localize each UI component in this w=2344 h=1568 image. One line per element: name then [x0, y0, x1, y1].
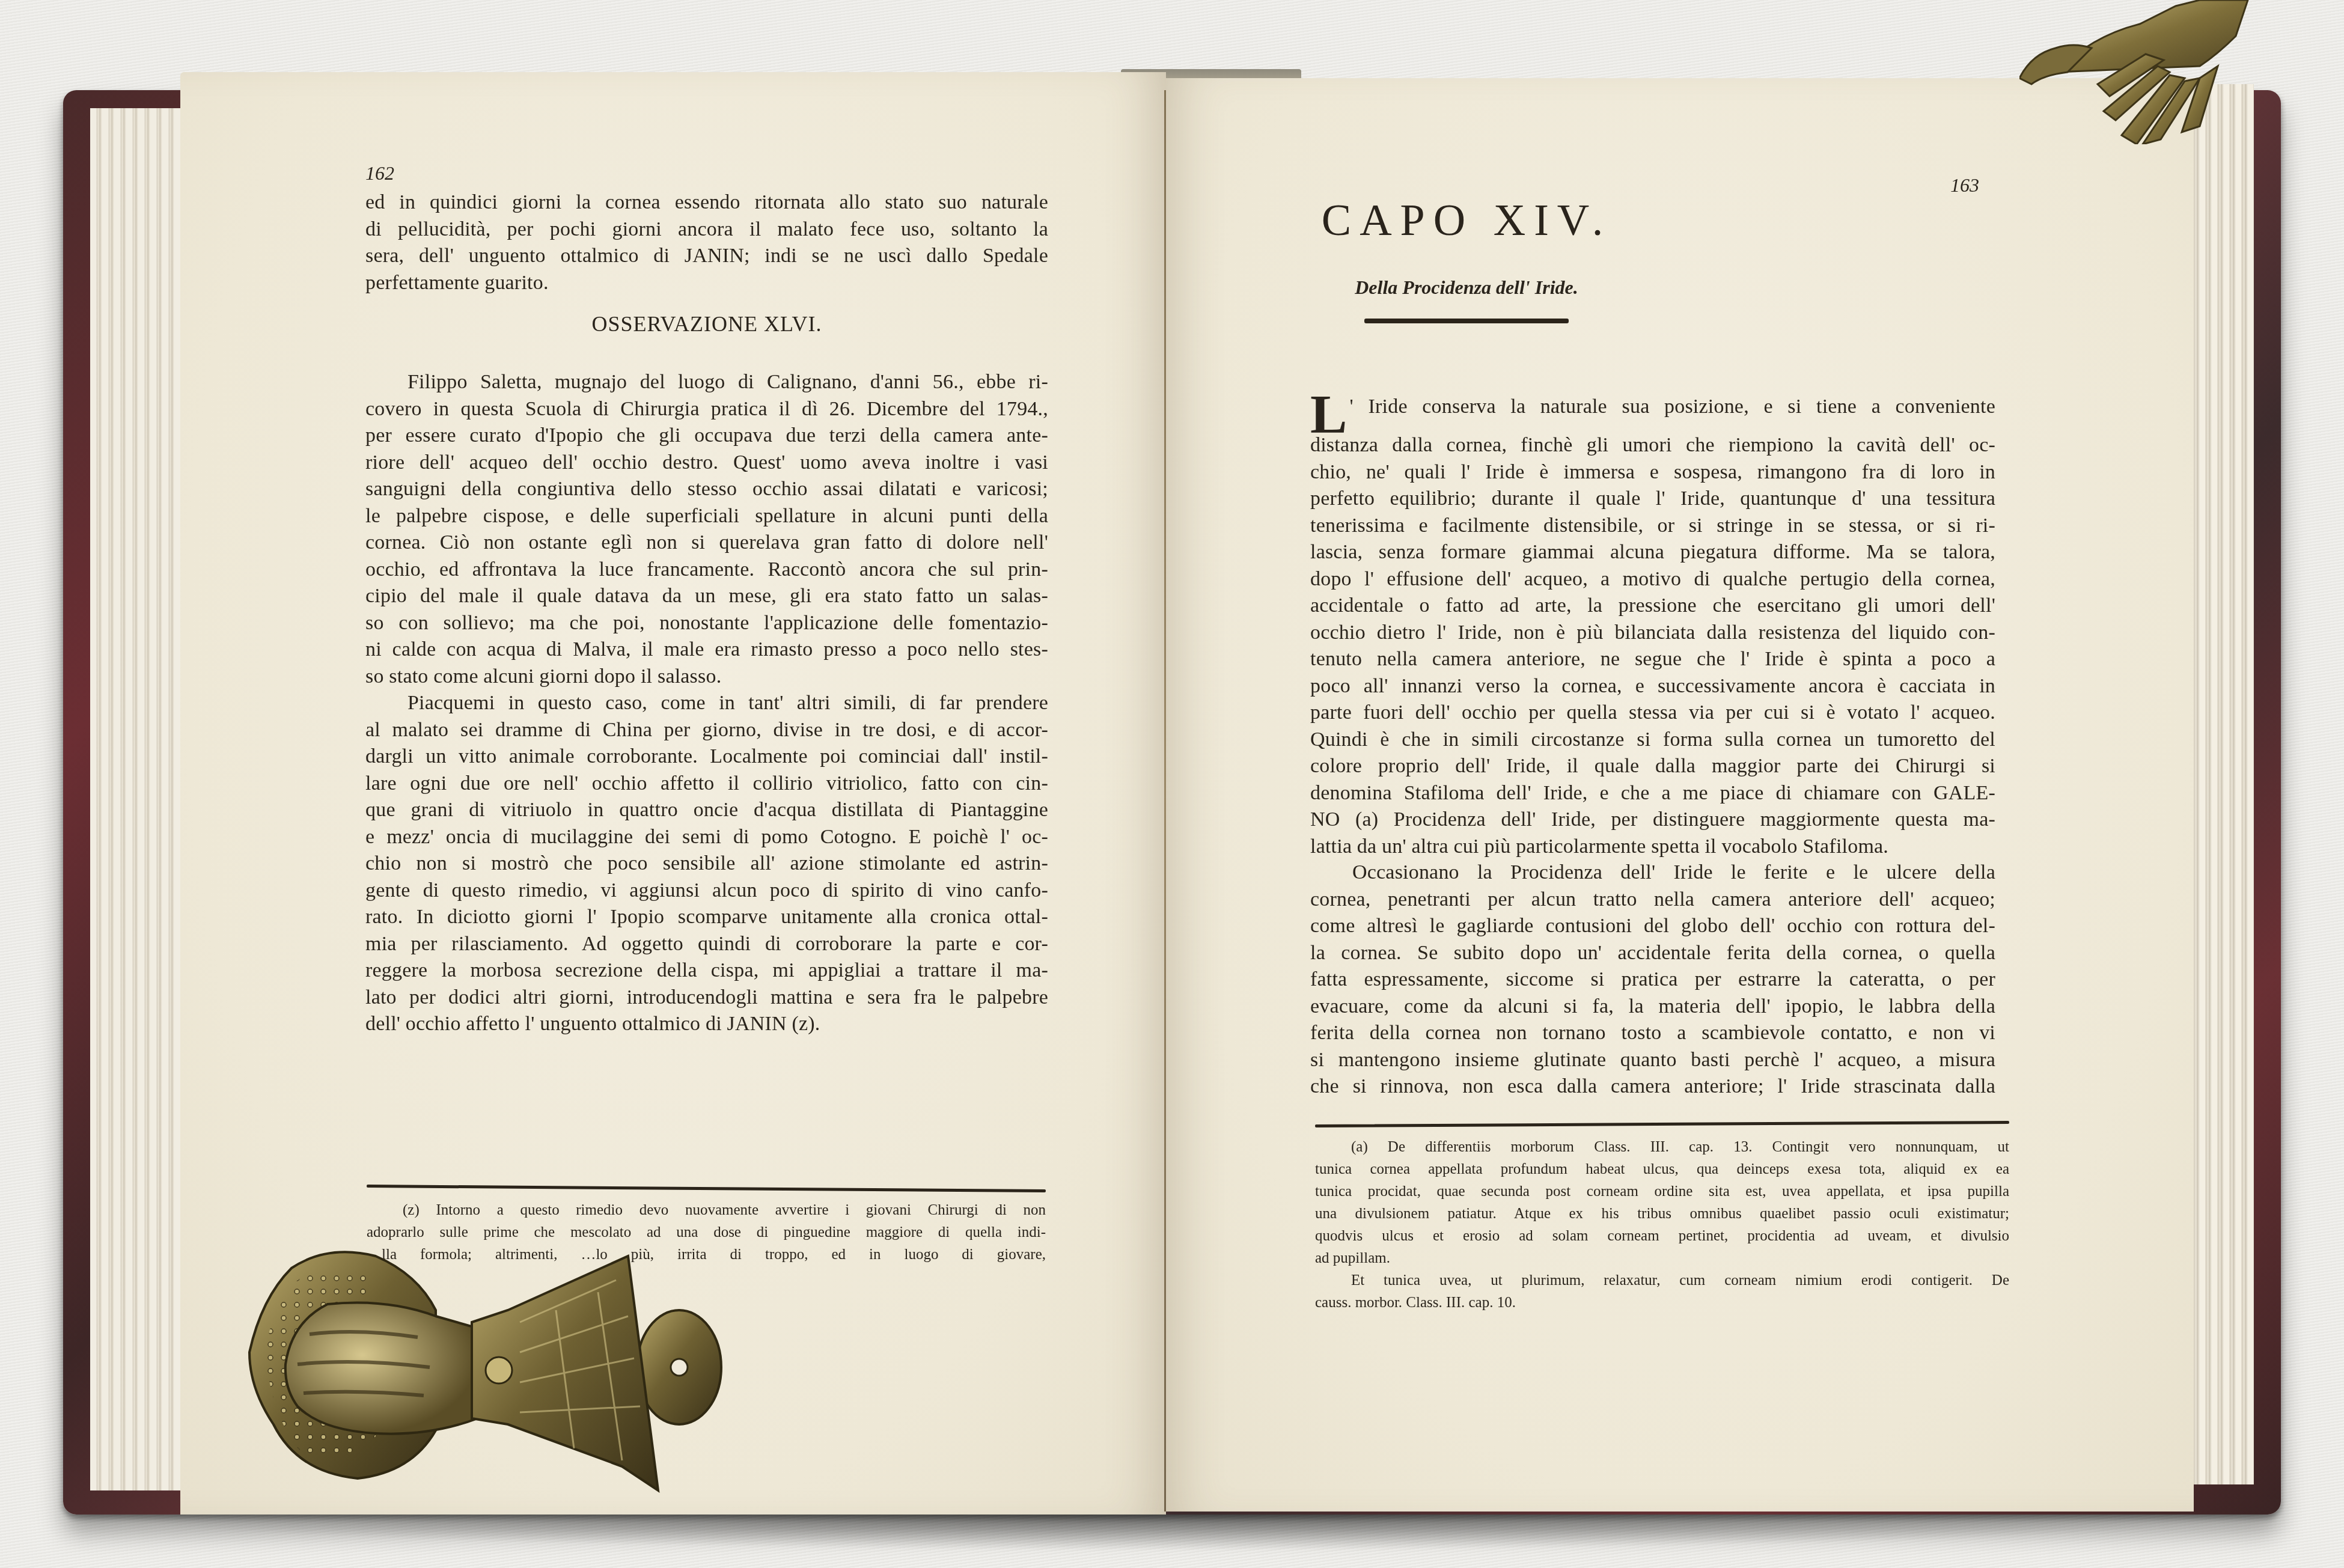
continuation-text: ed in quindici giorni la cornea essendo … [365, 189, 1048, 296]
page-number-right: 163 [1950, 174, 1979, 197]
page-number-left: 162 [365, 162, 394, 185]
chapter-title: CAPO XIV. [1310, 195, 1623, 246]
brass-hand-clip-icon[interactable] [237, 1232, 766, 1496]
chapter-rule [1364, 319, 1569, 323]
observation-paragraph-2: Piacquemi in questo caso, come in tant' … [365, 690, 1048, 1038]
page-edges-right [2188, 84, 2254, 1484]
chapter-paragraph-1: L ' Iride conserva la naturale sua posiz… [1310, 394, 1995, 860]
page-edges-left [90, 108, 186, 1490]
chapter-subtitle: Della Procidenza dell' Iride. [1310, 276, 1623, 299]
footnote-right: (a) De differentiis morborum Class. III.… [1315, 1136, 2009, 1314]
drop-cap: L [1310, 396, 1347, 432]
footnote-rule-left [367, 1185, 1046, 1192]
observation-paragraph-1: Filippo Saletta, mugnajo del luogo di Ca… [365, 369, 1048, 690]
right-page[interactable]: 163 CAPO XIV. Della Procidenza dell' Iri… [1166, 78, 2194, 1512]
observation-heading: OSSERVAZIONE XLVI. [365, 311, 1048, 337]
footnote-rule-right [1315, 1121, 2009, 1127]
chapter-paragraph-2: Occasionano la Procidenza dell' Iride le… [1310, 859, 1995, 1100]
brass-hand-clip-icon[interactable] [2019, 0, 2308, 144]
